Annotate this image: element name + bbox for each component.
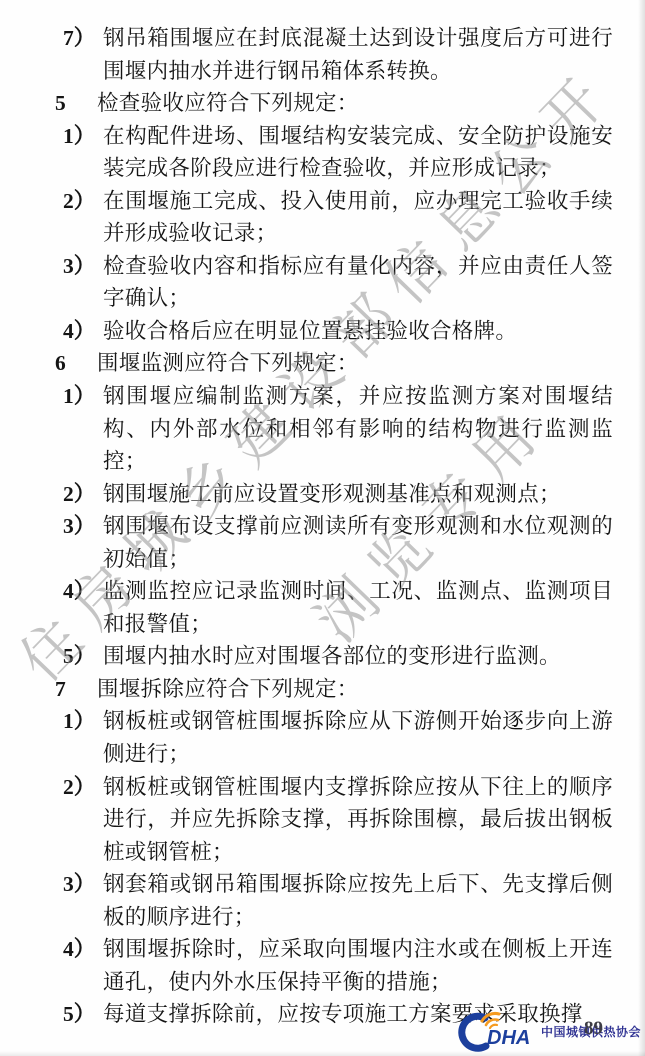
- clause-item: 7围堰拆除应符合下列规定：: [0, 673, 645, 706]
- clause-number: 7）: [63, 22, 103, 55]
- document-page: 7）钢吊箱围堰应在封底混凝土达到设计强度后方可进行围堰内抽水并进行钢吊箱体系转换…: [0, 0, 645, 1056]
- clause-item: 7）钢吊箱围堰应在封底混凝土达到设计强度后方可进行围堰内抽水并进行钢吊箱体系转换…: [0, 22, 645, 87]
- clause-item: 6围堰监测应符合下列规定：: [0, 347, 645, 380]
- clause-number: 1）: [63, 380, 103, 413]
- clause-item: 5）围堰内抽水时应对围堰各部位的变形进行监测。: [0, 640, 645, 673]
- clause-text: 围堰内抽水时应对围堰各部位的变形进行监测。: [103, 640, 613, 673]
- clause-number: 4）: [63, 933, 103, 966]
- clause-number: 3）: [63, 510, 103, 543]
- clause-number: 5）: [63, 640, 103, 673]
- clause-number: 7: [55, 673, 97, 706]
- clause-number: 5: [55, 87, 97, 120]
- clause-number: 5）: [63, 998, 103, 1031]
- clause-item: 4）监测监控应记录监测时间、工况、监测点、监测项目和报警值；: [0, 575, 645, 640]
- clause-text: 钢板桩或钢管桩围堰拆除应从下游侧开始逐步向上游侧进行；: [103, 705, 613, 770]
- clause-text: 在构配件进场、围堰结构安装完成、安全防护设施安装完成各阶段应进行检查验收，并应形…: [103, 120, 613, 185]
- clause-text: 钢吊箱围堰应在封底混凝土达到设计强度后方可进行围堰内抽水并进行钢吊箱体系转换。: [103, 22, 613, 87]
- clause-text: 检查验收应符合下列规定：: [97, 87, 613, 120]
- clause-text: 钢套箱或钢吊箱围堰拆除应按先上后下、先支撑后侧板的顺序进行；: [103, 868, 613, 933]
- clause-item: 4）验收合格后应在明显位置悬挂验收合格牌。: [0, 315, 645, 348]
- clause-text: 钢围堰布设支撑前应测读所有变形观测和水位观测的初始值；: [103, 510, 613, 575]
- logo-acronym-text: DHA: [487, 1027, 530, 1049]
- clause-text: 在围堰施工完成、投入使用前，应办理完工验收手续并形成验收记录；: [103, 185, 613, 250]
- clause-number: 1）: [63, 705, 103, 738]
- clause-item: 4）钢围堰拆除时，应采取向围堰内注水或在侧板上开连通孔，使内外水压保持平衡的措施…: [0, 933, 645, 998]
- page-number: 89: [584, 1018, 603, 1040]
- clause-number: 3）: [63, 868, 103, 901]
- scan-edge-right: [638, 0, 645, 1056]
- clause-text: 检查验收内容和指标应有量化内容，并应由责任人签字确认；: [103, 250, 613, 315]
- clause-item: 2）钢板桩或钢管桩围堰内支撑拆除应按从下往上的顺序进行，并应先拆除支撑，再拆除围…: [0, 771, 645, 869]
- clause-text: 围堰监测应符合下列规定：: [97, 347, 613, 380]
- clause-list: 7）钢吊箱围堰应在封底混凝土达到设计强度后方可进行围堰内抽水并进行钢吊箱体系转换…: [0, 22, 645, 1031]
- clause-item: 1）钢围堰应编制监测方案，并应按监测方案对围堰结构、内外部水位和相邻有影响的结构…: [0, 380, 645, 478]
- clause-item: 1）在构配件进场、围堰结构安装完成、安全防护设施安装完成各阶段应进行检查验收，并…: [0, 120, 645, 185]
- clause-text: 监测监控应记录监测时间、工况、监测点、监测项目和报警值；: [103, 575, 613, 640]
- clause-item: 2）钢围堰施工前应设置变形观测基准点和观测点；: [0, 478, 645, 511]
- clause-number: 4）: [63, 575, 103, 608]
- clause-number: 2）: [63, 771, 103, 804]
- clause-number: 1）: [63, 120, 103, 153]
- clause-text: 钢板桩或钢管桩围堰内支撑拆除应按从下往上的顺序进行，并应先拆除支撑，再拆除围檩，…: [103, 771, 613, 869]
- clause-number: 3）: [63, 250, 103, 283]
- clause-number: 6: [55, 347, 97, 380]
- clause-number: 2）: [63, 478, 103, 511]
- clause-number: 4）: [63, 315, 103, 348]
- clause-item: 3）钢围堰布设支撑前应测读所有变形观测和水位观测的初始值；: [0, 510, 645, 575]
- clause-item: 1）钢板桩或钢管桩围堰拆除应从下游侧开始逐步向上游侧进行；: [0, 705, 645, 770]
- clause-text: 围堰拆除应符合下列规定：: [97, 673, 613, 706]
- cdha-logo-icon: DHA: [452, 1010, 540, 1052]
- clause-item: 2）在围堰施工完成、投入使用前，应办理完工验收手续并形成验收记录；: [0, 185, 645, 250]
- scan-edge-bottom: [0, 1051, 645, 1056]
- clause-number: 2）: [63, 185, 103, 218]
- clause-item: 3）钢套箱或钢吊箱围堰拆除应按先上后下、先支撑后侧板的顺序进行；: [0, 868, 645, 933]
- clause-text: 钢围堰应编制监测方案，并应按监测方案对围堰结构、内外部水位和相邻有影响的结构物进…: [103, 380, 613, 478]
- clause-text: 钢围堰拆除时，应采取向围堰内注水或在侧板上开连通孔，使内外水压保持平衡的措施；: [103, 933, 613, 998]
- clause-item: 5检查验收应符合下列规定：: [0, 87, 645, 120]
- clause-item: 3）检查验收内容和指标应有量化内容，并应由责任人签字确认；: [0, 250, 645, 315]
- clause-text: 验收合格后应在明显位置悬挂验收合格牌。: [103, 315, 613, 348]
- clause-text: 钢围堰施工前应设置变形观测基准点和观测点；: [103, 478, 613, 511]
